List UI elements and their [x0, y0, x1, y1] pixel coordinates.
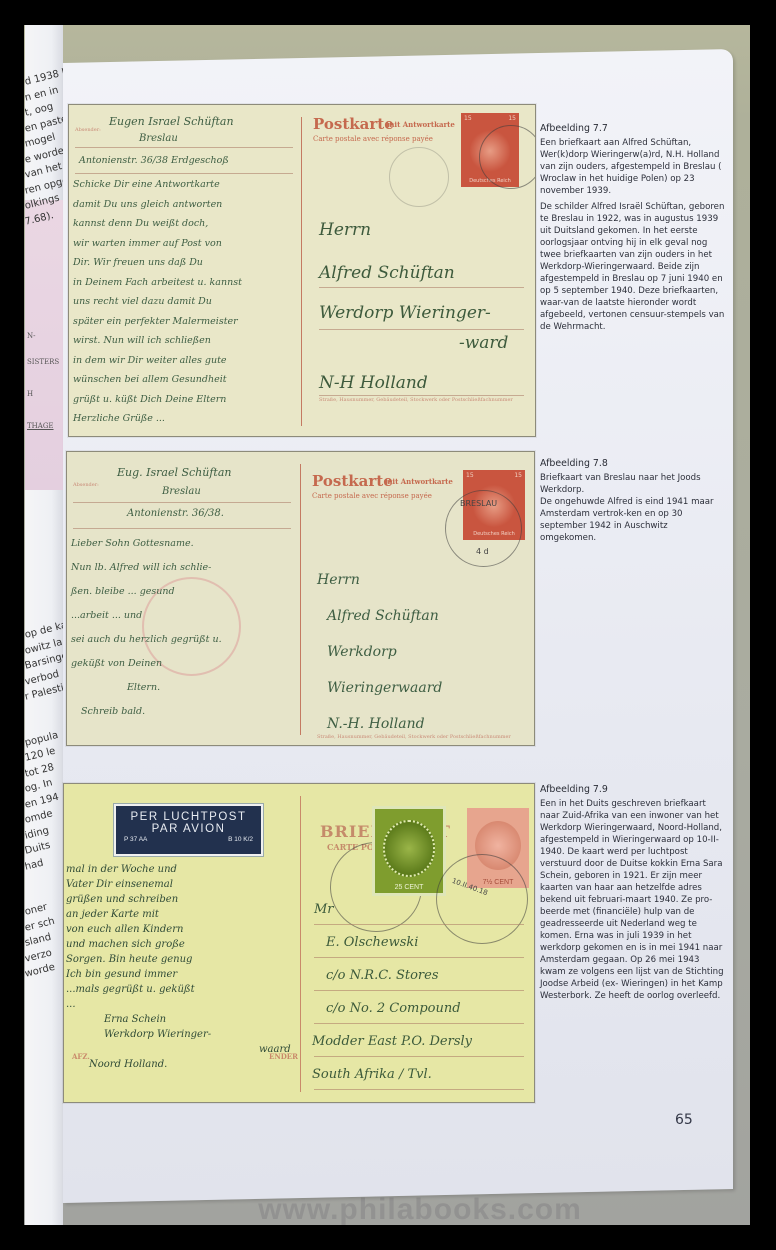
- message-line: damit Du uns gleich antworten: [73, 199, 222, 210]
- caption-paragraph: Een in het Duits geschreven briefkaart n…: [540, 798, 725, 1002]
- postmark: 10.II.40.18: [436, 854, 528, 944]
- postmark-date: 10.II.40.18: [451, 877, 489, 897]
- message-line: wir warten immer auf Post von: [73, 238, 222, 249]
- previous-page-text: Duits: [25, 840, 52, 857]
- message-line: Lieber Sohn Gottesname.: [71, 538, 194, 549]
- afzender-print: ENDER: [269, 1052, 298, 1061]
- postcard-7-8: Absender: Eug. Israel Schüftan Breslau A…: [66, 451, 535, 746]
- message-line: später ein perfekter Malermeister: [73, 316, 238, 327]
- stamp-value: 15: [466, 472, 474, 479]
- address-line: Mr: [314, 902, 334, 917]
- caption-title: Afbeelding 7.9: [540, 784, 725, 796]
- address-line: c/o No. 2 Compound: [326, 1001, 461, 1016]
- message-line: ßen. bleibe ... gesund: [71, 586, 175, 597]
- message-line: in dem wir Dir weiter alles gute: [73, 355, 227, 366]
- airmail-line2: PAR AVION: [116, 823, 261, 835]
- message-line: kannst denn Du weißt doch,: [73, 218, 208, 229]
- sender-line: Antonienstr. 36/38 Erdgeschoß: [79, 155, 229, 166]
- stamp-25-cent: 25 CENT: [372, 806, 446, 896]
- previous-page-text: omde: [25, 808, 54, 826]
- postkarte-title: Postkarte: [313, 115, 394, 133]
- address-line: South Afrika / Tvl.: [312, 1067, 432, 1082]
- address-line: c/o N.R.C. Stores: [326, 968, 439, 983]
- caption-paragraph: De schilder Alfred Israël Schüftan, gebo…: [540, 201, 725, 333]
- postmark-text: BRESLAU: [460, 499, 497, 508]
- message-line: geküßt von Deinen: [71, 658, 162, 669]
- message-line: ...arbeit ... und: [71, 610, 142, 621]
- address-line: Werdorp Wieringer-: [319, 303, 491, 323]
- footer-print: Straße, Hausnummer, Gebäudeteil, Stockwe…: [319, 397, 513, 403]
- sender-line: Breslau: [162, 486, 201, 497]
- message-line: Noord Holland.: [89, 1059, 167, 1070]
- sender-line: Breslau: [139, 133, 178, 144]
- caption-title: Afbeelding 7.7: [540, 123, 725, 135]
- previous-page-text: og. In: [25, 777, 54, 794]
- stamp-value: 15: [514, 472, 522, 479]
- caption-paragraph: Een briefkaart aan Alfred Schüftan, Wer(…: [540, 137, 725, 197]
- message-line: wünschen bei allem Gesundheit: [73, 374, 227, 385]
- address-line: -ward: [459, 333, 508, 353]
- message-line: Nun lb. Alfred will ich schlie-: [71, 562, 211, 573]
- message-line: Erna Schein: [104, 1014, 166, 1025]
- airmail-line1: PER LUCHTPOST: [116, 811, 261, 823]
- message-line: grüßen und schreiben: [66, 894, 178, 905]
- message-line: Vater Dir einsenemal: [66, 879, 173, 890]
- breslau-postmark: BRESLAU 4 d: [445, 490, 522, 567]
- message-line: in Deinem Fach arbeitest u. kannst: [73, 277, 242, 288]
- stamp-value: 25 CENT: [395, 884, 424, 893]
- message-line: Schreib bald.: [81, 706, 145, 717]
- caption-title: Afbeelding 7.8: [540, 458, 725, 470]
- address-line: Herrn: [319, 220, 371, 240]
- caption-7-8: Afbeelding 7.8 Briefkaart van Breslau na…: [540, 458, 725, 548]
- address-line: E. Olschewski: [326, 935, 418, 950]
- address-line: Alfred Schüftan: [327, 608, 439, 624]
- pink-label: SISTERS: [27, 358, 59, 366]
- message-line: Werkdorp Wieringer-: [104, 1029, 211, 1040]
- caption-paragraph: Briefkaart van Breslau naar het Joods We…: [540, 472, 725, 496]
- address-line: Alfred Schüftan: [319, 263, 455, 283]
- message-line: Eltern.: [127, 682, 160, 693]
- previous-page-text: worde: [25, 962, 56, 980]
- message-line: von euch allen Kindern: [66, 924, 183, 935]
- sender-line: Eug. Israel Schüftan: [117, 466, 231, 479]
- caption-paragraph: De ongehuwde Alfred is eind 1941 maar Am…: [540, 496, 725, 544]
- message-line: wirst. Nun will ich schließen: [73, 335, 211, 346]
- previous-page-edge: N- SISTERS H THAGE d 1938 kn en int, oog…: [25, 25, 63, 1225]
- postkarte-french: Carte postale avec réponse payée: [313, 135, 433, 143]
- pink-label: H: [27, 390, 33, 398]
- message-line: uns recht viel dazu damit Du: [73, 296, 212, 307]
- message-line: Schicke Dir eine Antwortkarte: [73, 179, 220, 190]
- slogan-postmark: [389, 147, 449, 207]
- address-line: N-H Holland: [319, 373, 428, 393]
- postkarte-french: Carte postale avec réponse payée: [312, 492, 432, 500]
- previous-page-text: sland: [25, 932, 52, 949]
- message-line: Dir. Wir freuen uns daß Du: [73, 257, 203, 268]
- previous-page-text: had: [25, 857, 45, 872]
- address-line: N.-H. Holland: [327, 716, 425, 732]
- message-line: Herzliche Grüße ...: [73, 413, 165, 424]
- afzender-print: AFZ.: [72, 1052, 90, 1061]
- message-line: grüßt u. küßt Dich Deine Eltern: [73, 394, 226, 405]
- postmark-sub: 4 d: [476, 547, 489, 556]
- message-line: Sorgen. Bin heute genug: [66, 954, 192, 965]
- message-line: an jeder Karte mit: [66, 909, 159, 920]
- postcard-7-9: PER LUCHTPOST PAR AVION P 37 AAB 10 K/2 …: [63, 783, 535, 1103]
- postkarte-title: Postkarte: [312, 472, 393, 490]
- message-line: ...: [66, 999, 76, 1010]
- pink-label: THAGE: [27, 422, 54, 430]
- stamp-value: 15: [508, 115, 516, 122]
- address-line: Werkdorp: [327, 644, 397, 660]
- stamp-value: 15: [464, 115, 472, 122]
- airmail-code: P 37 AA: [124, 836, 147, 843]
- sender-line: Eugen Israel Schüftan: [109, 115, 234, 128]
- postkarte-subtitle: mit Antwortkarte: [385, 477, 453, 486]
- postkarte-subtitle: mit Antwortkarte: [387, 120, 455, 129]
- airmail-code: B 10 K/2: [228, 836, 253, 843]
- caption-7-9: Afbeelding 7.9 Een in het Duits geschrev…: [540, 784, 725, 1006]
- previous-page-text: n en in: [25, 84, 60, 103]
- previous-page-text: oner: [25, 902, 48, 918]
- message-line: sei auch du herzlich gegrüßt u.: [71, 634, 222, 645]
- sender-line: Antonienstr. 36/38.: [127, 508, 224, 519]
- previous-page-text: d 1938 k: [25, 67, 63, 88]
- address-line: Wieringerwaard: [327, 680, 442, 696]
- queen-portrait-icon: [383, 820, 436, 876]
- previous-page-text: iding: [25, 825, 50, 842]
- message-line: und machen sich große: [66, 939, 185, 950]
- previous-page-text: en 194: [25, 791, 60, 810]
- message-line: Ich bin gesund immer: [66, 969, 177, 980]
- previous-page-text: er sch: [25, 915, 56, 933]
- previous-page-text: t, oog: [25, 101, 54, 119]
- caption-7-7: Afbeelding 7.7 Een briefkaart aan Alfred…: [540, 123, 725, 337]
- postcard-7-7: Absender: Eugen Israel Schüftan Breslau …: [68, 104, 536, 437]
- address-line: Herrn: [317, 572, 360, 588]
- airmail-label: PER LUCHTPOST PAR AVION P 37 AAB 10 K/2: [114, 804, 263, 856]
- footer-print: Straße, Hausnummer, Gebäudeteil, Stockwe…: [317, 734, 511, 740]
- page-number: 65: [675, 1112, 693, 1128]
- message-line: ...mals gegrüßt u. geküßt: [66, 984, 195, 995]
- address-line: Modder East P.O. Dersly: [312, 1034, 472, 1049]
- message-line: mal in der Woche und: [66, 864, 177, 875]
- postmark: [479, 125, 536, 189]
- pink-inset: N- SISTERS H THAGE: [25, 200, 63, 490]
- previous-page-text: popula: [25, 729, 59, 748]
- pink-label: N-: [27, 332, 36, 340]
